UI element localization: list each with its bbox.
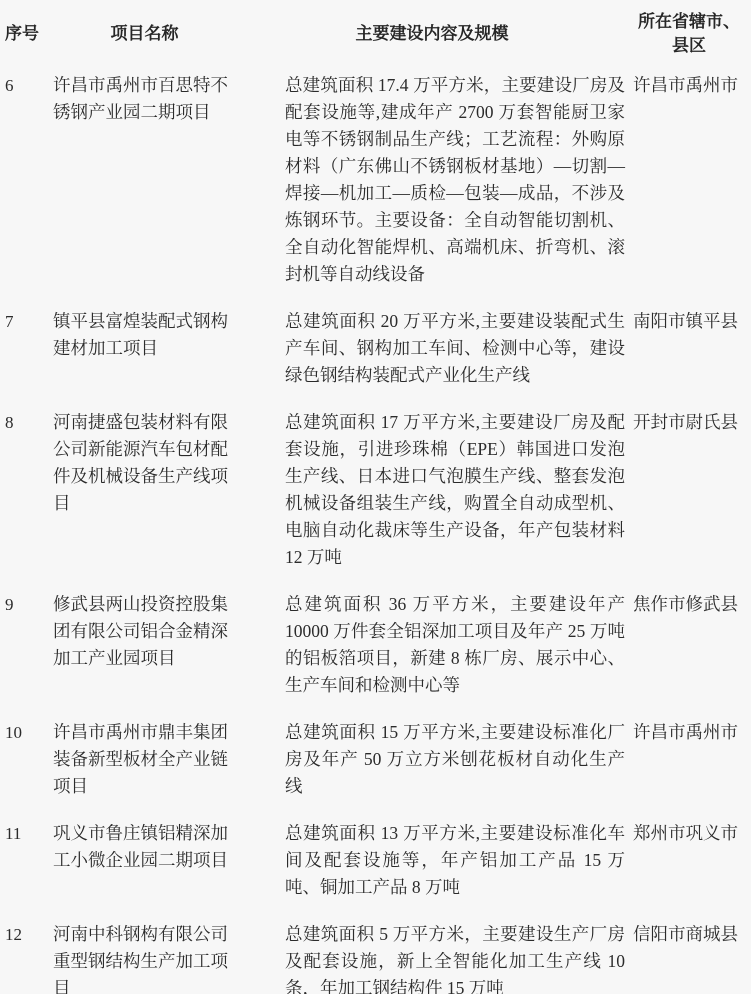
- project-content: 总建筑面积 13 万平方米,主要建设标准化车间及配套设施等，年产铝加工产品 15…: [285, 820, 625, 901]
- row-seq: 8: [5, 409, 53, 436]
- table-row: 9 修武县两山投资控股集团有限公司铝合金精深加工产业园项目 总建筑面积 36 万…: [5, 591, 751, 699]
- table-row: 12 河南中科钢构有限公司重型钢结构生产加工项目 总建筑面积 5 万平方米，主要…: [5, 921, 751, 994]
- project-content: 总建筑面积 15 万平方米,主要建设标准化厂房及年产 50 万立方米刨花板材自动…: [285, 719, 625, 800]
- project-location: 焦作市修武县: [633, 591, 745, 618]
- table-row: 10 许昌市禹州市鼎丰集团装备新型板材全产业链项目 总建筑面积 15 万平方米,…: [5, 719, 751, 800]
- table-row: 7 镇平县富煌装配式钢构建材加工项目 总建筑面积 20 万平方米,主要建设装配式…: [5, 308, 751, 389]
- project-location: 郑州市巩义市: [633, 820, 745, 847]
- row-seq: 11: [5, 820, 53, 847]
- table-row: 11 巩义市鲁庄镇铝精深加工小微企业园二期项目 总建筑面积 13 万平方米,主要…: [5, 820, 751, 901]
- project-name: 河南中科钢构有限公司重型钢结构生产加工项目: [53, 921, 236, 994]
- header-location: 所在省辖市、县区: [633, 10, 745, 58]
- project-name: 许昌市禹州市鼎丰集团装备新型板材全产业链项目: [53, 719, 236, 800]
- row-seq: 10: [5, 719, 53, 746]
- row-seq: 6: [5, 72, 53, 99]
- table-row: 6 许昌市禹州市百思特不锈钢产业园二期项目 总建筑面积 17.4 万平方米，主要…: [5, 72, 751, 288]
- project-name: 镇平县富煌装配式钢构建材加工项目: [53, 308, 236, 362]
- project-name: 许昌市禹州市百思特不锈钢产业园二期项目: [53, 72, 236, 126]
- project-content: 总建筑面积 36 万平方米，主要建设年产 10000 万件套全铝深加工项目及年产…: [285, 591, 625, 699]
- document-page: 序号 项目名称 主要建设内容及规模 所在省辖市、县区 6 许昌市禹州市百思特不锈…: [0, 0, 751, 994]
- row-seq: 7: [5, 308, 53, 335]
- project-location: 许昌市禹州市: [633, 72, 745, 99]
- header-seq: 序号: [5, 22, 53, 46]
- table-row: 8 河南捷盛包装材料有限公司新能源汽车包材配件及机械设备生产线项目 总建筑面积 …: [5, 409, 751, 571]
- project-location: 南阳市镇平县: [633, 308, 745, 335]
- project-location: 信阳市商城县: [633, 921, 745, 948]
- project-name: 河南捷盛包装材料有限公司新能源汽车包材配件及机械设备生产线项目: [53, 409, 236, 517]
- table-header: 序号 项目名称 主要建设内容及规模 所在省辖市、县区: [5, 8, 751, 60]
- header-content: 主要建设内容及规模: [285, 22, 625, 46]
- project-content: 总建筑面积 17 万平方米,主要建设厂房及配套设施，引进珍珠棉（EPE）韩国进口…: [285, 409, 625, 571]
- row-seq: 12: [5, 921, 53, 948]
- row-seq: 9: [5, 591, 53, 618]
- project-name: 修武县两山投资控股集团有限公司铝合金精深加工产业园项目: [53, 591, 236, 672]
- project-name: 巩义市鲁庄镇铝精深加工小微企业园二期项目: [53, 820, 236, 874]
- project-content: 总建筑面积 20 万平方米,主要建设装配式生产车间、钢构加工车间、检测中心等，建…: [285, 308, 625, 389]
- header-project-name: 项目名称: [53, 22, 236, 46]
- project-location: 开封市尉氏县: [633, 409, 745, 436]
- project-location: 许昌市禹州市: [633, 719, 745, 746]
- project-content: 总建筑面积 5 万平方米，主要建设生产厂房及配套设施，新上全智能化加工生产线 1…: [285, 921, 625, 994]
- project-content: 总建筑面积 17.4 万平方米，主要建设厂房及配套设施等,建成年产 2700 万…: [285, 72, 625, 288]
- table-body: 6 许昌市禹州市百思特不锈钢产业园二期项目 总建筑面积 17.4 万平方米，主要…: [5, 72, 751, 994]
